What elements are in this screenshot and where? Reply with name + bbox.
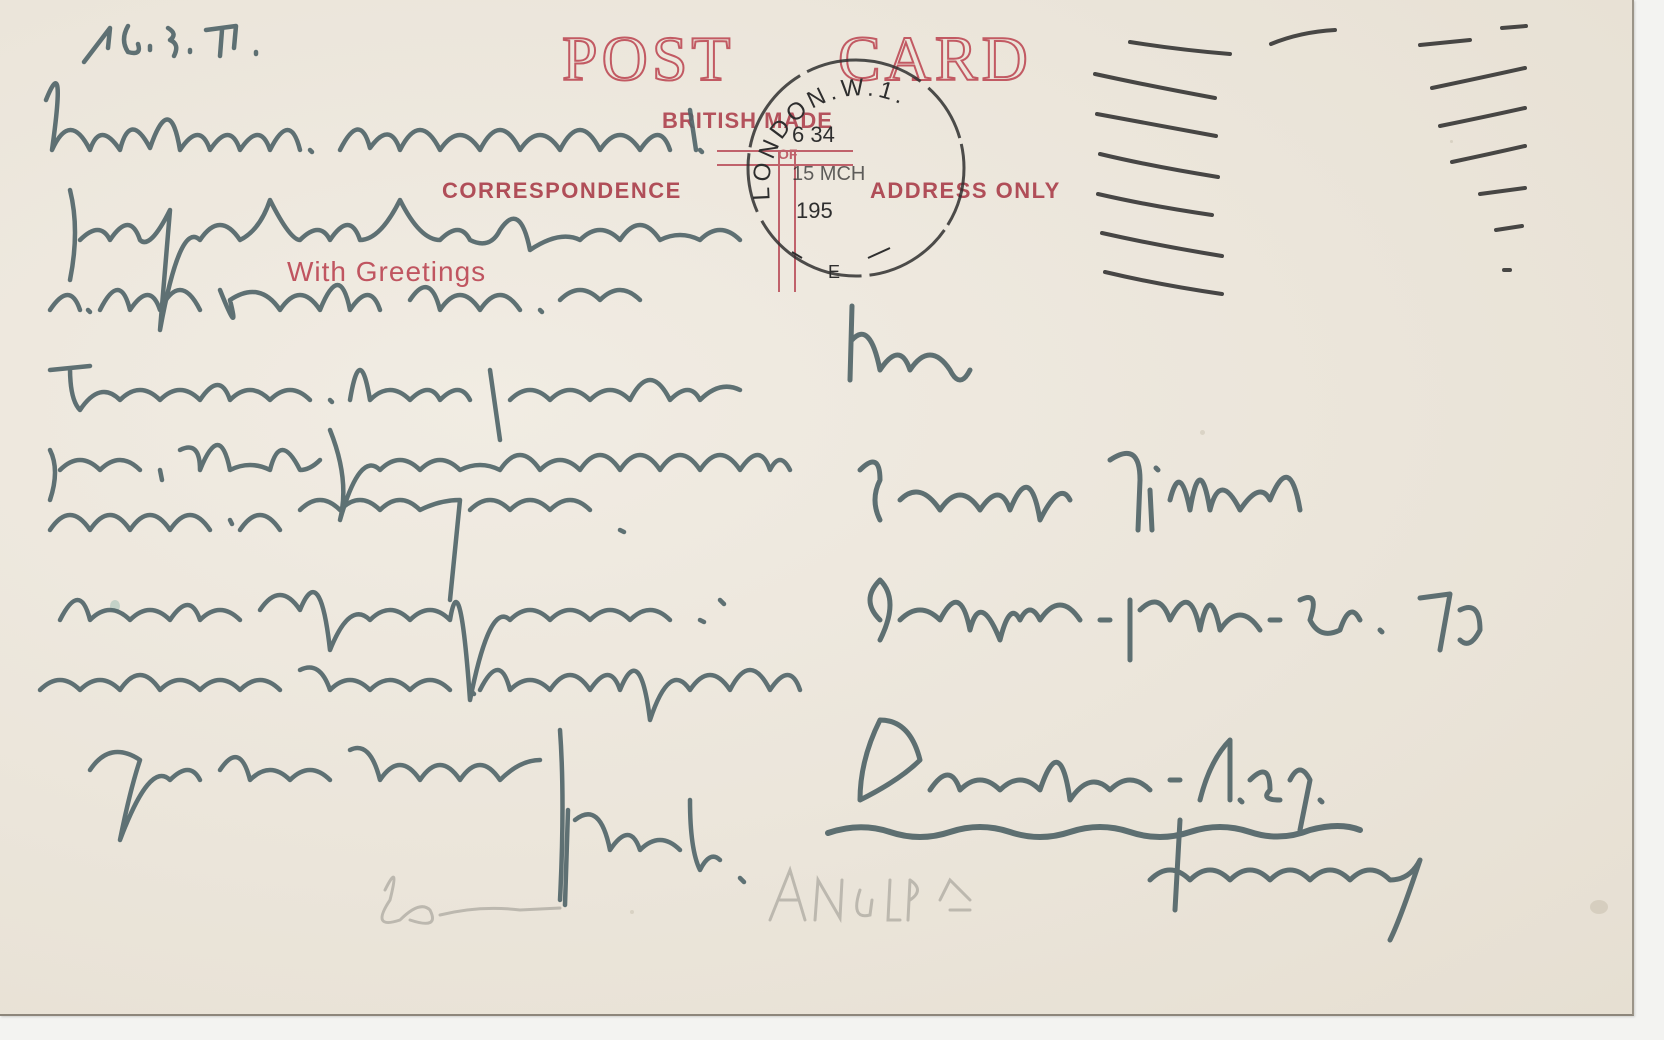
pencil-annotations <box>382 870 970 923</box>
handwriting-layer: LONDON.W.1. 6 34 15 MCH 195 E <box>0 0 1632 1014</box>
postcard: POST CARD BRITISH MADE CORRESPONDENCE AD… <box>0 0 1634 1016</box>
message-handwriting <box>40 26 800 905</box>
postmark-time: 6 34 <box>792 122 835 147</box>
address-handwriting <box>828 306 1480 940</box>
postmark-date: 15 MCH <box>792 163 865 185</box>
cancellation-lines <box>1095 26 1526 294</box>
postmark-year: 195 <box>796 198 833 223</box>
postmark-code: E <box>828 262 840 282</box>
postmark-stamp: LONDON.W.1. 6 34 15 MCH 195 E <box>748 60 964 282</box>
